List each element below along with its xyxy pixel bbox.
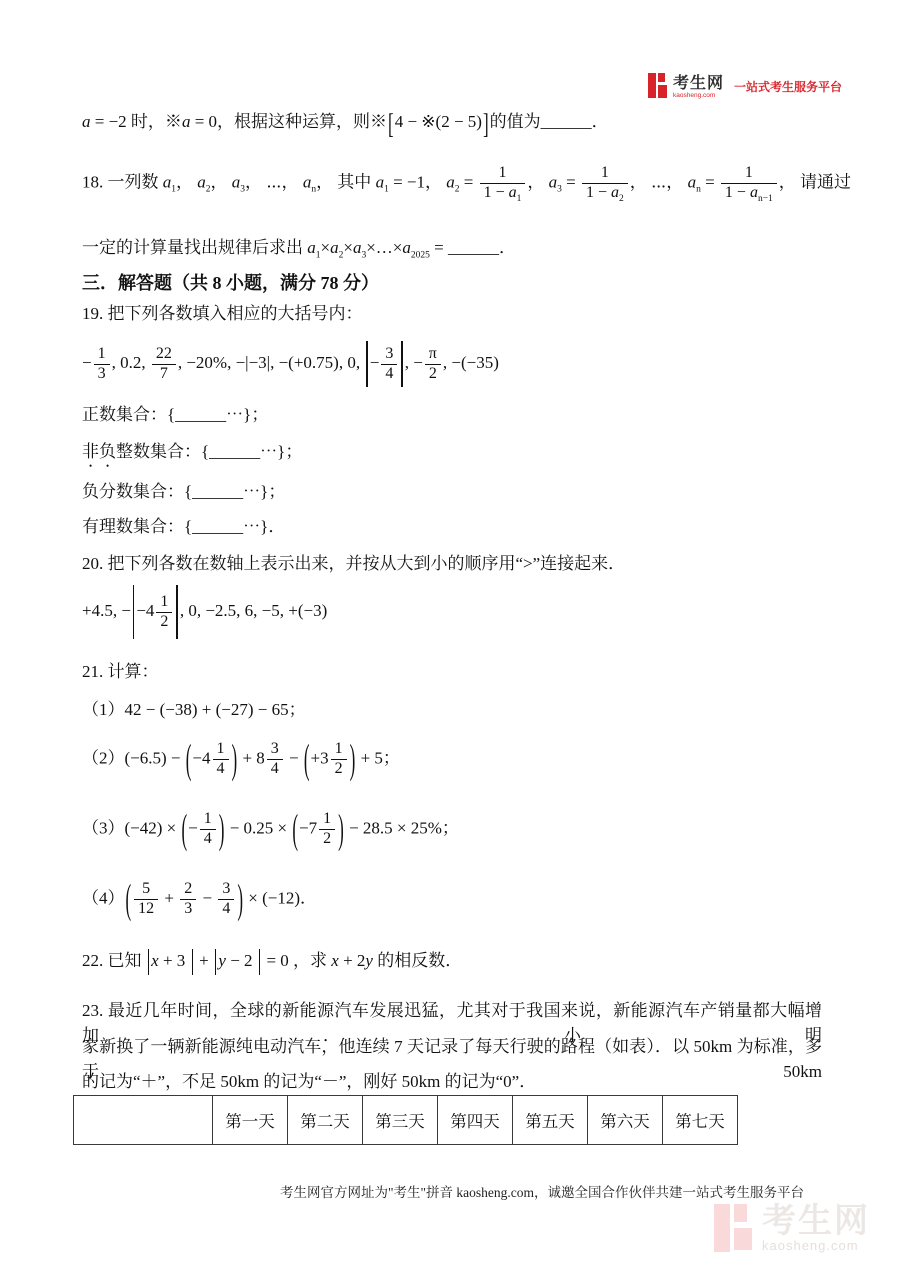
math-token: 2 xyxy=(184,880,192,897)
math-token: 有理数集合：{______⋯}． xyxy=(82,517,285,536)
fraction: 12 xyxy=(156,593,172,632)
math-token: × xyxy=(343,238,353,257)
math-token: （1）42 − (−38) + (−27) − 65； xyxy=(82,700,306,719)
problem-19-set-negative-fractions: 负分数集合：{______⋯}； xyxy=(82,480,285,505)
table-cell-day-7: 第七天 xyxy=(663,1096,738,1145)
math-token: 5 xyxy=(142,880,150,897)
math-token: a xyxy=(82,112,91,131)
math-token: 3 xyxy=(98,365,106,382)
problem-21-item-2: （2）(−6.5) − (−414) + 834 − (+312) + 5； xyxy=(82,740,400,779)
math-token: 1 xyxy=(323,810,331,827)
problem-19-set-nonnegative-integers: 非负整数集合：{______⋯}； xyxy=(82,440,302,471)
table-cell-day-5: 第五天 xyxy=(513,1096,588,1145)
math-token: a xyxy=(402,238,411,257)
math-token: 3 xyxy=(271,740,279,757)
math-token: = xyxy=(701,172,719,191)
math-token: 正数集合：{______⋯}； xyxy=(82,405,268,424)
math-token: + 2 xyxy=(339,951,366,970)
table-cell-day-3: 第三天 xyxy=(363,1096,438,1145)
watermark-block xyxy=(734,1228,752,1250)
math-token: 一定的计算量找出规律后求出 xyxy=(82,238,307,257)
math-token: 2 xyxy=(429,365,437,382)
table-cell-day-6: 第六天 xyxy=(588,1096,663,1145)
math-token: ， ⋯， xyxy=(630,172,688,191)
math-token: −4 xyxy=(192,748,210,767)
distance-record-table: 第一天 第二天 第三天 第四天 第五天 第六天 第七天 xyxy=(73,1095,738,1145)
math-token: 4 xyxy=(222,900,230,917)
math-token: +4.5, − xyxy=(82,601,131,620)
math-token: （3）(−42) × xyxy=(82,818,181,837)
logo-brand-text: 考生网 xyxy=(673,76,724,92)
math-token: × (−12)． xyxy=(244,888,317,907)
math-token: 1 xyxy=(601,164,609,181)
math-token: −4 xyxy=(136,601,154,620)
problem-19-numbers: −13, 0.2, 227, −20%, −|−3|, −(+0.75), 0,… xyxy=(82,341,499,387)
math-token: 整数集合：{______⋯}； xyxy=(116,442,302,461)
math-token: x xyxy=(331,951,339,970)
math-token: + 3 xyxy=(159,951,190,970)
math-token: 7 xyxy=(160,365,168,382)
problem-18-line-2: 一定的计算量找出规律后求出 a1×a2×a3×…×a2025 = ______． xyxy=(82,236,516,261)
math-token: 的相反数． xyxy=(373,951,462,970)
math-token: ) xyxy=(219,809,225,850)
fraction: 512 xyxy=(134,880,158,919)
math-token: a xyxy=(376,172,385,191)
fraction: 227 xyxy=(152,345,176,384)
problem-21-title: 21. 计算： xyxy=(82,660,159,685)
problem-19-set-rationals: 有理数集合：{______⋯}． xyxy=(82,515,285,540)
math-token: ) xyxy=(237,879,243,920)
watermark-block xyxy=(714,1204,730,1252)
math-token: 的值为______． xyxy=(490,112,609,131)
math-token: ( xyxy=(186,739,192,780)
absolute-value-bar xyxy=(401,341,402,387)
math-token: a xyxy=(549,172,558,191)
math-token: + 8 xyxy=(238,748,265,767)
math-token: x xyxy=(151,951,159,970)
math-token: 4 xyxy=(217,760,225,777)
logo-name-group: 考生网 kaosheng.com xyxy=(673,76,724,100)
math-token: 2025 xyxy=(411,250,430,260)
watermark-domain-text: kaosheng.com xyxy=(762,1239,870,1252)
problem-19-title: 19. 把下列各数填入相应的大括号内： xyxy=(82,302,363,327)
math-token: = −2 时，※ xyxy=(91,112,182,131)
math-token: 1 − xyxy=(725,184,750,201)
math-token: a xyxy=(197,172,206,191)
math-token: 1 xyxy=(217,740,225,757)
math-token: − xyxy=(370,353,380,372)
math-token: 4 − ※(2 − 5) xyxy=(395,112,482,131)
math-token: = −1， xyxy=(389,172,446,191)
table-cell-day-1: 第一天 xyxy=(213,1096,288,1145)
fraction: 34 xyxy=(381,345,397,384)
watermark-logo-icon xyxy=(714,1202,754,1254)
math-token: , −(−35) xyxy=(443,353,499,372)
math-token: ， 其中 xyxy=(316,172,376,191)
absolute-value-bar xyxy=(259,949,260,975)
fraction: π2 xyxy=(425,345,441,384)
math-token: + xyxy=(195,951,213,970)
math-token: × xyxy=(321,238,331,257)
math-token: 1 xyxy=(160,593,168,610)
table-header-row: 第一天 第二天 第三天 第四天 第五天 第六天 第七天 xyxy=(74,1096,738,1145)
problem-19-set-positive: 正数集合：{______⋯}； xyxy=(82,403,268,428)
math-token: = 0 ，求 xyxy=(262,951,331,970)
fraction: 11 − a1 xyxy=(480,164,526,203)
fraction: 12 xyxy=(319,810,335,849)
math-token: , 0, −2.5, 6, −5, +(−3) xyxy=(180,601,327,620)
absolute-value-bar xyxy=(215,949,216,975)
fraction: 12 xyxy=(331,740,347,779)
math-token: （2）(−6.5) − xyxy=(82,748,185,767)
math-token: ， ⋯， xyxy=(245,172,303,191)
problem-22-text: 22. 已知 x + 3 + y − 2 = 0 ，求 x + 2y 的相反数． xyxy=(82,949,462,975)
math-token: ) xyxy=(232,739,238,780)
math-token: a xyxy=(446,172,455,191)
math-token: − 28.5 × 25%； xyxy=(345,818,459,837)
math-token: + 5； xyxy=(356,748,400,767)
logo-block xyxy=(658,85,667,98)
math-token: a xyxy=(232,172,241,191)
math-token: − xyxy=(82,353,92,372)
absolute-value-bar xyxy=(176,585,177,639)
math-token: 18. 一列数 xyxy=(82,172,163,191)
logo-domain-text: kaosheng.com xyxy=(673,93,724,100)
math-token: ， xyxy=(527,172,548,191)
math-token: 3 xyxy=(385,345,393,362)
math-token: , − xyxy=(405,353,423,372)
problem-17-text: a = −2 时，※a = 0，根据这种运算，则※[4 − ※(2 − 5)]的… xyxy=(82,110,609,135)
table-cell-day-4: 第四天 xyxy=(438,1096,513,1145)
math-token: 4 xyxy=(271,760,279,777)
fraction: 34 xyxy=(267,740,283,779)
math-token: − xyxy=(285,748,303,767)
table-cell-day-2: 第二天 xyxy=(288,1096,363,1145)
absolute-value-bar xyxy=(133,585,134,639)
absolute-value-bar xyxy=(366,341,367,387)
math-token: −7 xyxy=(299,818,317,837)
logo-tagline-text: 一站式考生服务平台 xyxy=(734,78,842,99)
math-token: − 2 xyxy=(226,951,257,970)
math-token: a xyxy=(611,184,619,201)
math-token: a xyxy=(307,238,316,257)
exam-paper-page: 考生网 kaosheng.com 一站式考生服务平台 a = −2 时，※a =… xyxy=(0,0,900,1272)
problem-21-item-3: （3）(−42) × (−14) − 0.25 × (−712) − 28.5 … xyxy=(82,810,459,849)
fraction: 34 xyxy=(218,880,234,919)
problem-21-item-1: （1）42 − (−38) + (−27) − 65； xyxy=(82,698,306,723)
math-token: ， 请通过 xyxy=(779,172,851,191)
math-token: ， xyxy=(211,172,232,191)
math-token: 1 xyxy=(517,194,522,204)
math-token: 4 xyxy=(385,365,393,382)
math-token: ( xyxy=(292,809,298,850)
math-token: ) xyxy=(350,739,356,780)
math-token: ， xyxy=(176,172,197,191)
math-token: 1 xyxy=(335,740,343,757)
math-token: 2 xyxy=(323,830,331,847)
math-token: = ______． xyxy=(430,238,516,257)
problem-20-title: 20. 把下列各数在数轴上表示出来，并按从大到小的顺序用“>”连接起来． xyxy=(82,552,625,577)
math-token: − xyxy=(198,888,216,907)
math-token: 1 xyxy=(98,345,106,362)
absolute-value-bar xyxy=(192,949,193,975)
kaosheng-watermark: 考生网 kaosheng.com xyxy=(714,1202,870,1254)
math-token: , −20%, −|−3|, −(+0.75), 0, xyxy=(178,353,364,372)
math-token: 3 xyxy=(222,880,230,897)
math-token: y xyxy=(218,951,226,970)
math-token: 2 xyxy=(335,760,343,777)
logo-block xyxy=(658,73,665,82)
math-token: 非负 xyxy=(82,442,116,461)
math-token: ) xyxy=(338,809,344,850)
math-token: +3 xyxy=(311,748,329,767)
section-3-heading: 三．解答题（共 8 小题，满分 78 分） xyxy=(82,270,379,296)
problem-18-line-1: 18. 一列数 a1， a2， a3， ⋯， an， 其中 a1 = −1， a… xyxy=(82,164,851,203)
math-token: ×…× xyxy=(366,238,402,257)
problem-21-item-4: （4）(512 + 23 − 34) × (−12)． xyxy=(82,880,317,919)
math-token: 22 xyxy=(156,345,172,362)
math-token: 12 xyxy=(138,900,154,917)
math-token: 2 xyxy=(160,613,168,630)
fraction: 11 − an−1 xyxy=(721,164,777,203)
kaosheng-logo-icon xyxy=(648,72,667,99)
logo-block xyxy=(648,73,656,98)
math-token: 4 xyxy=(204,830,212,847)
math-token: ( xyxy=(304,739,310,780)
fraction: 11 − a2 xyxy=(582,164,628,203)
math-token: 1 − xyxy=(484,184,509,201)
absolute-value-bar xyxy=(148,949,149,975)
problem-20-numbers: +4.5, −−412, 0, −2.5, 6, −5, +(−3) xyxy=(82,585,327,639)
math-token: 1 xyxy=(745,164,753,181)
fraction: 23 xyxy=(180,880,196,919)
math-token: = xyxy=(460,172,478,191)
math-token: y xyxy=(365,951,373,970)
math-token: [ xyxy=(388,109,394,138)
math-token: a xyxy=(163,172,172,191)
footer-slogan: 考生网官方网址为"考生"拼音 kaosheng.com，诚邀全国合作伙伴共建一站… xyxy=(280,1181,804,1201)
fraction: 14 xyxy=(200,810,216,849)
kaosheng-header-logo: 考生网 kaosheng.com 一站式考生服务平台 xyxy=(648,72,842,99)
math-token: a xyxy=(688,172,697,191)
fraction: 14 xyxy=(213,740,229,779)
problem-23-line-3: 的记为“＋”，不足 50km 的记为“－”，刚好 50km 的记为“0”． xyxy=(82,1070,536,1095)
math-token: n−1 xyxy=(758,194,773,204)
math-token: ( xyxy=(182,809,188,850)
watermark-block xyxy=(734,1204,747,1222)
math-token: − 0.25 × xyxy=(225,818,291,837)
math-token: （4） xyxy=(82,888,125,907)
math-token: 2 xyxy=(619,194,624,204)
math-token: 22. 已知 xyxy=(82,951,146,970)
math-token: = xyxy=(562,172,580,191)
math-token: π xyxy=(429,345,437,362)
table-cell-empty xyxy=(74,1096,213,1145)
math-token: a xyxy=(330,238,339,257)
watermark-name-group: 考生网 kaosheng.com xyxy=(762,1204,870,1252)
fraction: 13 xyxy=(94,345,110,384)
math-token: 3 xyxy=(184,900,192,917)
math-token: − xyxy=(188,818,198,837)
math-token: = 0，根据这种运算，则※ xyxy=(190,112,387,131)
math-token: a xyxy=(509,184,517,201)
math-token: ] xyxy=(483,109,489,138)
math-token: , 0.2, xyxy=(112,353,150,372)
math-token: ( xyxy=(126,879,132,920)
math-token: 1 xyxy=(498,164,506,181)
math-token: 负分数集合：{______⋯}； xyxy=(82,482,285,501)
math-token: 1 − xyxy=(586,184,611,201)
math-token: + xyxy=(160,888,178,907)
watermark-brand-text: 考生网 xyxy=(762,1204,870,1238)
math-token: 1 xyxy=(204,810,212,827)
math-token: a xyxy=(750,184,758,201)
